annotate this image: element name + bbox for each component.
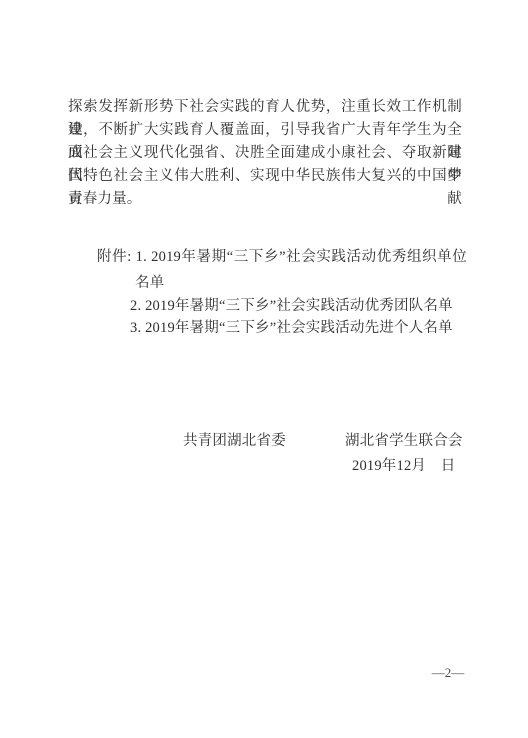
page-number: —2— [418, 664, 478, 682]
body-line: 青春力量。 [68, 188, 462, 211]
body-line: 设，不断扩大实践育人覆盖面，引导我省广大青年学生为全面建 [68, 119, 462, 142]
signature-date: 2019年12月 日 [352, 455, 456, 478]
attachments-line: 3. 2019年暑期“三下乡”社会实践活动先进个人名单 [130, 317, 453, 340]
signature-org-right: 湖北省学生联合会 [345, 430, 463, 453]
attachments-line: 附件: 1. 2019年暑期“三下乡”社会实践活动优秀组织单位 [97, 246, 467, 269]
body-line: 国特色社会主义伟大胜利、实现中华民族伟大复兴的中国梦贡献 [68, 165, 462, 188]
body-line: 探索发挥新形势下社会实践的育人优势，注重长效工作机制建 [68, 96, 462, 119]
body-line: 成社会主义现代化强省、决胜全面建成小康社会、夺取新时代中 [68, 142, 462, 165]
attachments-line: 2. 2019年暑期“三下乡”社会实践活动优秀团队名单 [130, 295, 453, 318]
attachments-line: 名单 [135, 272, 164, 295]
signature-org-left: 共青团湖北省委 [183, 430, 286, 453]
document-page: 探索发挥新形势下社会实践的育人优势，注重长效工作机制建 设，不断扩大实践育人覆盖… [0, 0, 528, 738]
